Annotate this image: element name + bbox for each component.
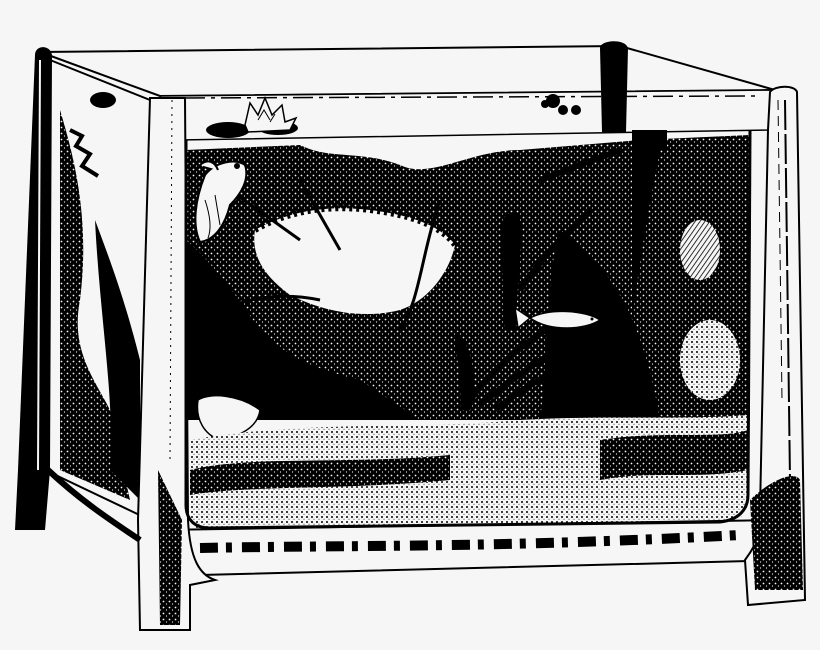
- front-right-post: [745, 87, 805, 605]
- aquatic-plants: [186, 130, 750, 430]
- left-side-panel: [45, 60, 150, 520]
- aquarium-illustration: [0, 0, 820, 650]
- gravel-bed: [190, 415, 748, 530]
